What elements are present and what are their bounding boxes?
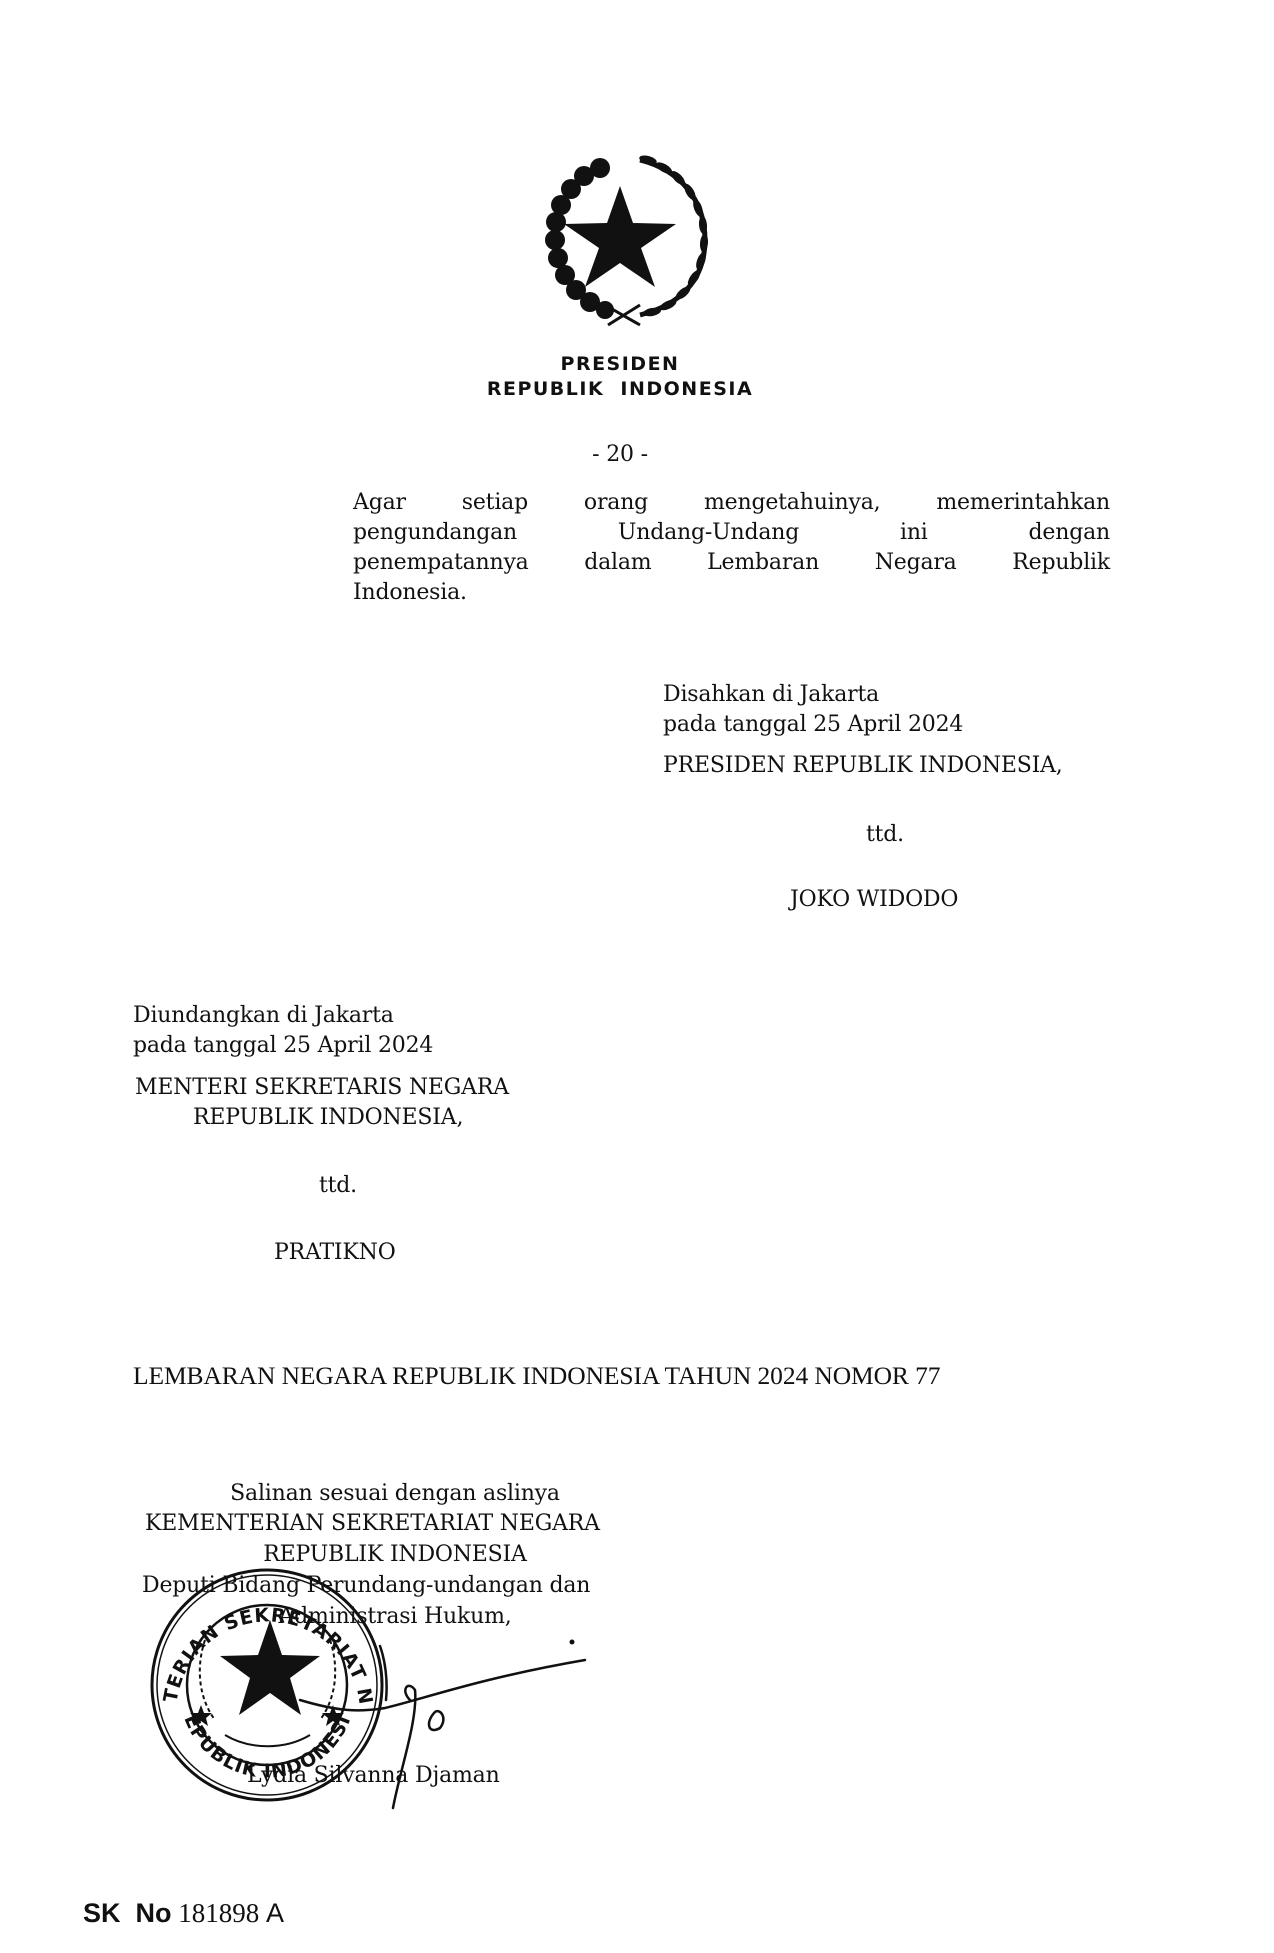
gazette-reference: LEMBARAN NEGARA REPUBLIK INDONESIA TAHUN… [133,1361,940,1391]
paragraph-line: penempatannya dalam Lembaran Negara Repu… [353,548,1110,578]
stamp-wreath [200,1640,335,1746]
promulgation-title-line1: MENTERI SEKRETARIS NEGARA [135,1073,509,1103]
official-stamp: KEMENTERIAN SEKRETARIAT NEGARA REPUBLIK … [0,0,1274,1953]
serial-prefix: SK No [83,1898,172,1928]
stamp-star-icon [190,1620,344,1726]
certification-line5: Administrasi Hukum, [145,1602,645,1632]
certification-line1: Salinan sesuai dengan aslinya [145,1479,645,1509]
serial-number: 181898 [178,1898,259,1928]
header-title-president: PRESIDEN [520,353,720,375]
stamp-top-text: KEMENTERIAN SEKRETARIAT NEGARA [0,0,377,1707]
promulgation-date: pada tanggal 25 April 2024 [133,1031,433,1061]
certification-line2: KEMENTERIAN SEKRETARIAT NEGARA [145,1509,600,1539]
svg-text:KEMENTERIAN SEKRETARIAT NEGARA: KEMENTERIAN SEKRETARIAT NEGARA [0,0,377,1707]
document-serial-number: SK No 181898 A [83,1898,284,1929]
enactment-place: Disahkan di Jakarta [663,680,879,710]
promulgation-signatory-name: PRATIKNO [274,1238,396,1268]
header-title-republic: REPUBLIK INDONESIA [470,378,770,400]
promulgation-place: Diundangkan di Jakarta [133,1001,394,1031]
paragraph-line: Indonesia. [353,578,1110,608]
promulgation-title-line2: REPUBLIK INDONESIA, [193,1103,463,1133]
presidential-emblem-icon [0,0,1274,1953]
body-paragraph: Agar setiap orang mengetahuinya, memerin… [353,488,1110,608]
certification-line3: REPUBLIK INDONESIA [145,1540,645,1570]
serial-suffix: A [266,1898,284,1928]
paragraph-line: Agar setiap orang mengetahuinya, memerin… [353,488,1110,518]
enactment-title: PRESIDEN REPUBLIK INDONESIA, [663,751,1063,781]
enactment-signed: ttd. [866,820,904,850]
paragraph-line: pengundangan Undang-Undang ini dengan [353,518,1110,548]
enactment-signatory-name: JOKO WIDODO [790,885,958,915]
emblem [545,154,709,325]
certification-line4: Deputi Bidang Perundang-undangan dan [142,1571,590,1601]
certification-signatory-name: Lydia Silvanna Djaman [247,1761,500,1791]
page-number: - 20 - [560,440,680,470]
enactment-date: pada tanggal 25 April 2024 [663,710,963,740]
promulgation-signed: ttd. [319,1171,357,1201]
